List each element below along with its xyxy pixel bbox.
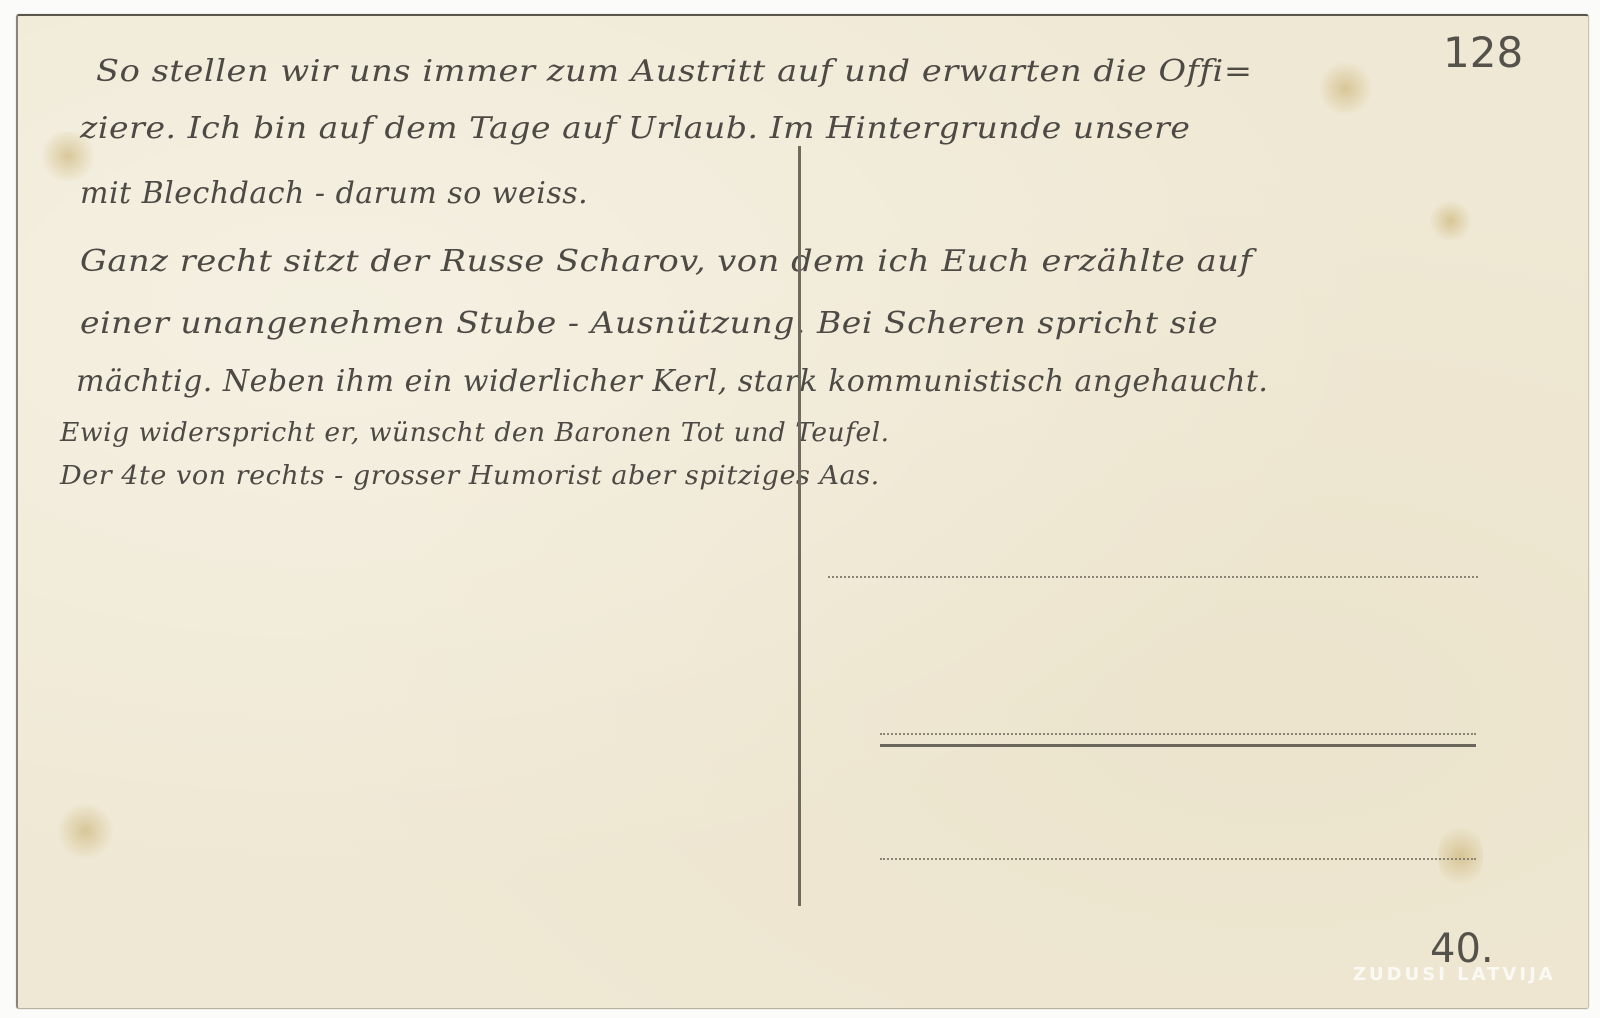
address-line-1 [828,576,1478,578]
postcard-back: 128 So stellen wir uns immer zum Austrit… [16,14,1589,1009]
message-line-8: Der 4te von rechts - grosser Humorist ab… [60,461,880,491]
foxing-stain [1318,61,1373,116]
message-line-2: ziere. Ich bin auf dem Tage auf Urlaub. … [80,111,1190,146]
watermark: ZUDUSI LATVIJA [1353,964,1556,985]
archive-number-top: 128 [1443,28,1523,77]
foxing-stain [58,801,113,861]
message-line-6: mächtig. Neben ihm ein widerlicher Kerl,… [76,364,1268,399]
foxing-stain [1428,201,1473,241]
message-line-3: mit Blechdach - darum so weiss. [80,176,588,211]
message-line-4: Ganz recht sitzt der Russe Scharov, von … [80,244,1252,279]
message-line-7: Ewig widerspricht er, wünscht den Barone… [60,418,890,448]
address-line-2-solid [880,744,1476,747]
address-line-3 [880,858,1476,860]
address-line-2-dotted [880,733,1476,735]
message-line-5: einer unangenehmen Stube - Ausnützung. B… [80,306,1218,341]
message-line-1: So stellen wir uns immer zum Austritt au… [96,54,1253,89]
center-divider [798,146,801,906]
foxing-stain [1438,821,1483,891]
